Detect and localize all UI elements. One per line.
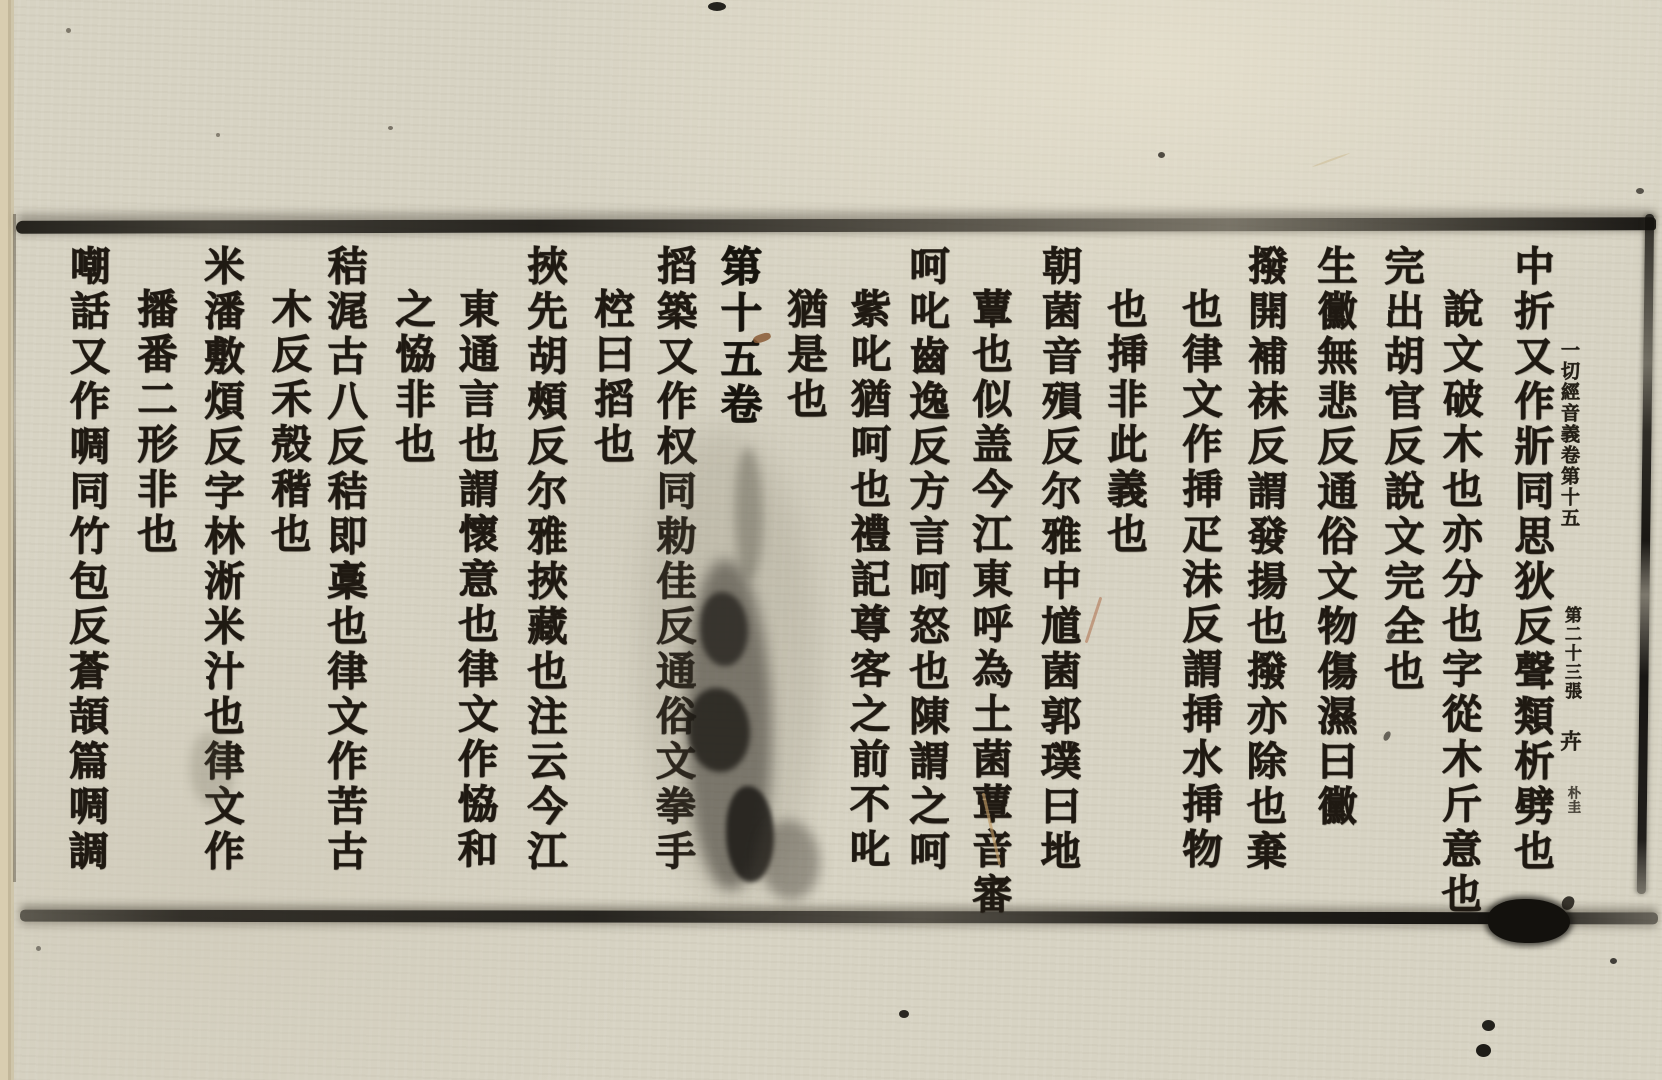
text-column: 說文破木也亦分也字從木斤意也 bbox=[1432, 288, 1486, 918]
ink-speck bbox=[216, 133, 220, 137]
ink-blob-bottom bbox=[1488, 899, 1570, 943]
header-sheet-number: 第二十三張 bbox=[1559, 606, 1583, 701]
column-text: 撥開補袜反謂發揚也撥亦除也棄 bbox=[1240, 245, 1289, 875]
ink-speck bbox=[1636, 188, 1644, 194]
column-text: 紫叱猶呵也禮記尊客之前不叱 bbox=[843, 288, 892, 873]
paper-fiber bbox=[1085, 597, 1103, 644]
text-column: 呵叱齒逸反方言呵怒也陳謂之呵 bbox=[900, 245, 952, 875]
ink-speck bbox=[708, 2, 726, 11]
column-text: 朝菌音殞反尔雅中馗菌郭璞曰地 bbox=[1034, 245, 1083, 875]
text-column: 之恊非也 bbox=[386, 288, 438, 468]
column-text: 木反禾殻稭也 bbox=[265, 288, 313, 558]
paper-fiber bbox=[1312, 152, 1350, 168]
column-text: 椌曰搯也 bbox=[588, 288, 635, 468]
text-column: 生黴無悲反通俗文物傷濕曰黴 bbox=[1308, 245, 1360, 830]
column-text: 猶是也 bbox=[781, 288, 828, 423]
frame-border-bottom bbox=[20, 910, 1658, 925]
column-text: 嘲話又作啁同竹包反蒼頡篇啁調 bbox=[62, 245, 111, 875]
column-text: 播番二形非也 bbox=[131, 288, 178, 558]
column-text: 呵叱齒逸反方言呵怒也陳謂之呵 bbox=[903, 245, 950, 875]
ink-speck bbox=[1158, 152, 1165, 158]
column-text: 秸浘古八反秸即稾也律文作苦古 bbox=[321, 245, 368, 875]
paper-scan-edge bbox=[0, 0, 14, 1080]
text-column: 中折又作斨同思狄反聲類析劈也 bbox=[1505, 245, 1557, 875]
ink-smudge bbox=[700, 592, 748, 666]
ink-speck bbox=[1610, 958, 1617, 964]
text-column: 椌曰搯也 bbox=[585, 288, 637, 468]
text-column: 木反禾殻稭也 bbox=[262, 288, 315, 558]
column-text: 東通言也謂懷意也律文作恊和 bbox=[451, 288, 500, 873]
text-column: 猶是也 bbox=[778, 288, 830, 423]
ink-smudge bbox=[760, 820, 820, 900]
header-volume-title: 一切經音義卷第十五 bbox=[1556, 340, 1582, 529]
frame-border-left bbox=[13, 214, 16, 882]
column-text: 完出胡官反說文完全也 bbox=[1378, 245, 1425, 695]
ink-speck bbox=[1482, 1020, 1495, 1031]
text-column: 嘲話又作啁同竹包反蒼頡篇啁調 bbox=[59, 245, 113, 875]
ink-speck bbox=[388, 126, 393, 130]
column-text: 說文破木也亦分也字從木斤意也 bbox=[1435, 288, 1484, 918]
ink-speck bbox=[1476, 1044, 1491, 1057]
column-text: 之恊非也 bbox=[389, 288, 436, 468]
text-column: 東通言也謂懷意也律文作恊和 bbox=[448, 288, 502, 873]
frame-border-right bbox=[1637, 214, 1654, 894]
column-text: 中折又作斨同思狄反聲類析劈也 bbox=[1508, 245, 1555, 875]
text-column: 紫叱猶呵也禮記尊客之前不叱 bbox=[840, 288, 894, 873]
ink-smudge bbox=[190, 732, 234, 806]
text-column: 完出胡官反說文完全也 bbox=[1375, 245, 1427, 695]
ink-speck bbox=[899, 1010, 909, 1018]
header-carver-mark: 朴圭 bbox=[1563, 786, 1581, 814]
manuscript-page: 一切經音義卷第十五 第二十三張 卉 朴圭 中折又作斨同思狄反聲類析劈也說文破木也… bbox=[0, 0, 1662, 1080]
ink-tick bbox=[1382, 730, 1391, 742]
text-column: 朝菌音殞反尔雅中馗菌郭璞曰地 bbox=[1031, 245, 1085, 875]
text-column: 也律文作挿疋沬反謂挿水挿物 bbox=[1173, 288, 1225, 873]
text-column: 撥開補袜反謂發揚也撥亦除也棄 bbox=[1237, 245, 1291, 875]
header-case-mark: 卉 bbox=[1556, 730, 1584, 751]
column-text: 挾先胡頰反尔雅挾藏也注云今江 bbox=[521, 245, 568, 875]
text-column: 也挿非此義也 bbox=[1098, 288, 1150, 558]
column-text: 生黴無悲反通俗文物傷濕曰黴 bbox=[1311, 245, 1358, 830]
text-column: 挾先胡頰反尔雅挾藏也注云今江 bbox=[518, 245, 570, 875]
ink-speck bbox=[66, 28, 71, 33]
frame-border-top bbox=[16, 217, 1656, 233]
ink-speck bbox=[36, 946, 41, 951]
text-column: 播番二形非也 bbox=[128, 288, 180, 558]
column-text: 也挿非此義也 bbox=[1101, 288, 1148, 558]
column-text: 也律文作挿疋沬反謂挿水挿物 bbox=[1176, 288, 1223, 873]
text-column: 秸浘古八反秸即稾也律文作苦古 bbox=[318, 245, 370, 875]
